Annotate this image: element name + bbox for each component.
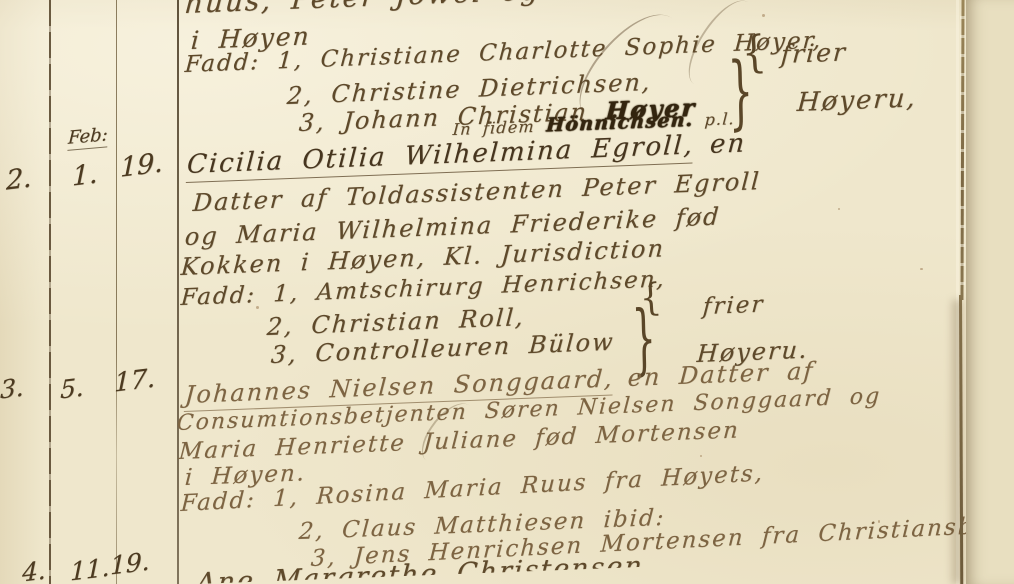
column-rule-middle <box>116 0 117 584</box>
entry2-number: 2. <box>6 162 32 196</box>
paper-speck <box>700 455 702 457</box>
entry1-brace-label-top: frier <box>780 37 848 69</box>
register-page-scan: Feb: 2. 1. 19. 3. 5. 17. 4. 11. 19. huus… <box>0 0 1014 584</box>
paper-speck <box>838 208 840 210</box>
entry2-baptism-date: 19. <box>120 147 163 184</box>
entry3-number: 3. <box>0 372 24 404</box>
entry1-brace-label-bottom: Høyeru, <box>796 83 918 118</box>
paper-speck <box>878 520 880 523</box>
entry1-line1: huus, Peter Jowel og <box>184 0 542 20</box>
entry2-birth-date: 1. <box>72 158 98 192</box>
column-rule-text-margin <box>177 0 179 584</box>
underlying-page <box>966 0 1014 584</box>
column-rule-left <box>49 0 51 584</box>
page-edge-deckle <box>960 0 965 300</box>
entry3-birth-date: 5. <box>60 372 84 404</box>
entry4-baptism-date: 19. <box>110 546 150 580</box>
entry3-baptism-date: 17. <box>114 363 156 398</box>
entry2-brace-label-top: frier <box>702 292 765 320</box>
page-edge-shadow <box>952 300 962 584</box>
month-label: Feb: <box>68 124 109 149</box>
paper-speck <box>920 268 923 270</box>
paper-speck <box>762 14 765 17</box>
entry4-birth-date: 11. <box>70 552 110 584</box>
paper-speck <box>256 306 259 309</box>
entry4-number: 4. <box>22 555 46 584</box>
